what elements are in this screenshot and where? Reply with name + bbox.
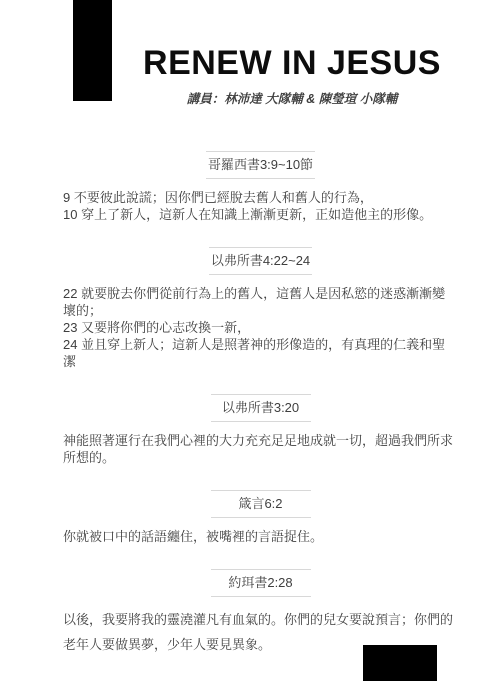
verses: 22 就要脫去你們從前行為上的舊人，這舊人是因私慾的迷惑漸漸變壞的； 23 又要… [63, 285, 458, 370]
decorative-black-block-bottom-right [363, 645, 437, 681]
scripture-content: 哥羅西書3:9~10節 9 不要彼此說謊；因你們已經脫去舊人和舊人的行為， 10… [63, 151, 458, 681]
verse-line: 22 就要脫去你們從前行為上的舊人，這舊人是因私慾的迷惑漸漸變壞的； [63, 285, 458, 319]
verses: 你就被口中的話語纏住，被嘴裡的言語捉住。 [63, 528, 458, 545]
speakers-subtitle: 講員：林沛達 大隊輔 & 陳瑩瑄 小隊輔 [112, 89, 472, 107]
scripture-section-proverbs: 箴言6:2 你就被口中的話語纏住，被嘴裡的言語捉住。 [63, 490, 458, 545]
scripture-reference-heading: 以弗所書3:20 [211, 394, 311, 422]
scripture-section-colossians: 哥羅西書3:9~10節 9 不要彼此說謊；因你們已經脫去舊人和舊人的行為， 10… [63, 151, 458, 223]
verses: 9 不要彼此說謊；因你們已經脫去舊人和舊人的行為， 10 穿上了新人，這新人在知… [63, 189, 458, 223]
scripture-reference-heading: 以弗所書4:22~24 [209, 247, 312, 275]
heading-wrap: 約珥書2:28 [63, 569, 458, 597]
verses: 神能照著運行在我們心裡的大力充充足足地成就一切，超過我們所求所想的。 [63, 432, 458, 466]
masthead: RENEW IN JESUS 講員：林沛達 大隊輔 & 陳瑩瑄 小隊輔 [112, 46, 472, 107]
verse-line: 23 又要將你們的心志改換一新， [63, 319, 458, 336]
scripture-reference-heading: 箴言6:2 [211, 490, 311, 518]
scripture-reference-heading: 哥羅西書3:9~10節 [206, 151, 315, 179]
heading-wrap: 以弗所書3:20 [63, 394, 458, 422]
verse-line: 24 並且穿上新人；這新人是照著神的形像造的，有真理的仁義和聖潔 [63, 336, 458, 370]
decorative-black-block-top-left [73, 0, 112, 101]
document-page: RENEW IN JESUS 講員：林沛達 大隊輔 & 陳瑩瑄 小隊輔 哥羅西書… [0, 0, 480, 681]
verse-line: 10 穿上了新人，這新人在知識上漸漸更新，正如造他主的形像。 [63, 206, 458, 223]
verse-line: 神能照著運行在我們心裡的大力充充足足地成就一切，超過我們所求所想的。 [63, 432, 458, 466]
heading-wrap: 哥羅西書3:9~10節 [63, 151, 458, 179]
scripture-section-joel: 約珥書2:28 以後，我要將我的靈澆灌凡有血氣的。你們的兒女要說預言；你們的老年… [63, 569, 458, 657]
scripture-section-ephesians-4: 以弗所書4:22~24 22 就要脫去你們從前行為上的舊人，這舊人是因私慾的迷惑… [63, 247, 458, 370]
scripture-reference-heading: 約珥書2:28 [211, 569, 311, 597]
scripture-section-ephesians-3: 以弗所書3:20 神能照著運行在我們心裡的大力充充足足地成就一切，超過我們所求所… [63, 394, 458, 466]
heading-wrap: 以弗所書4:22~24 [63, 247, 458, 275]
verse-line: 9 不要彼此說謊；因你們已經脫去舊人和舊人的行為， [63, 189, 458, 206]
verse-line: 你就被口中的話語纏住，被嘴裡的言語捉住。 [63, 528, 458, 545]
heading-wrap: 箴言6:2 [63, 490, 458, 518]
page-title: RENEW IN JESUS [112, 46, 472, 80]
